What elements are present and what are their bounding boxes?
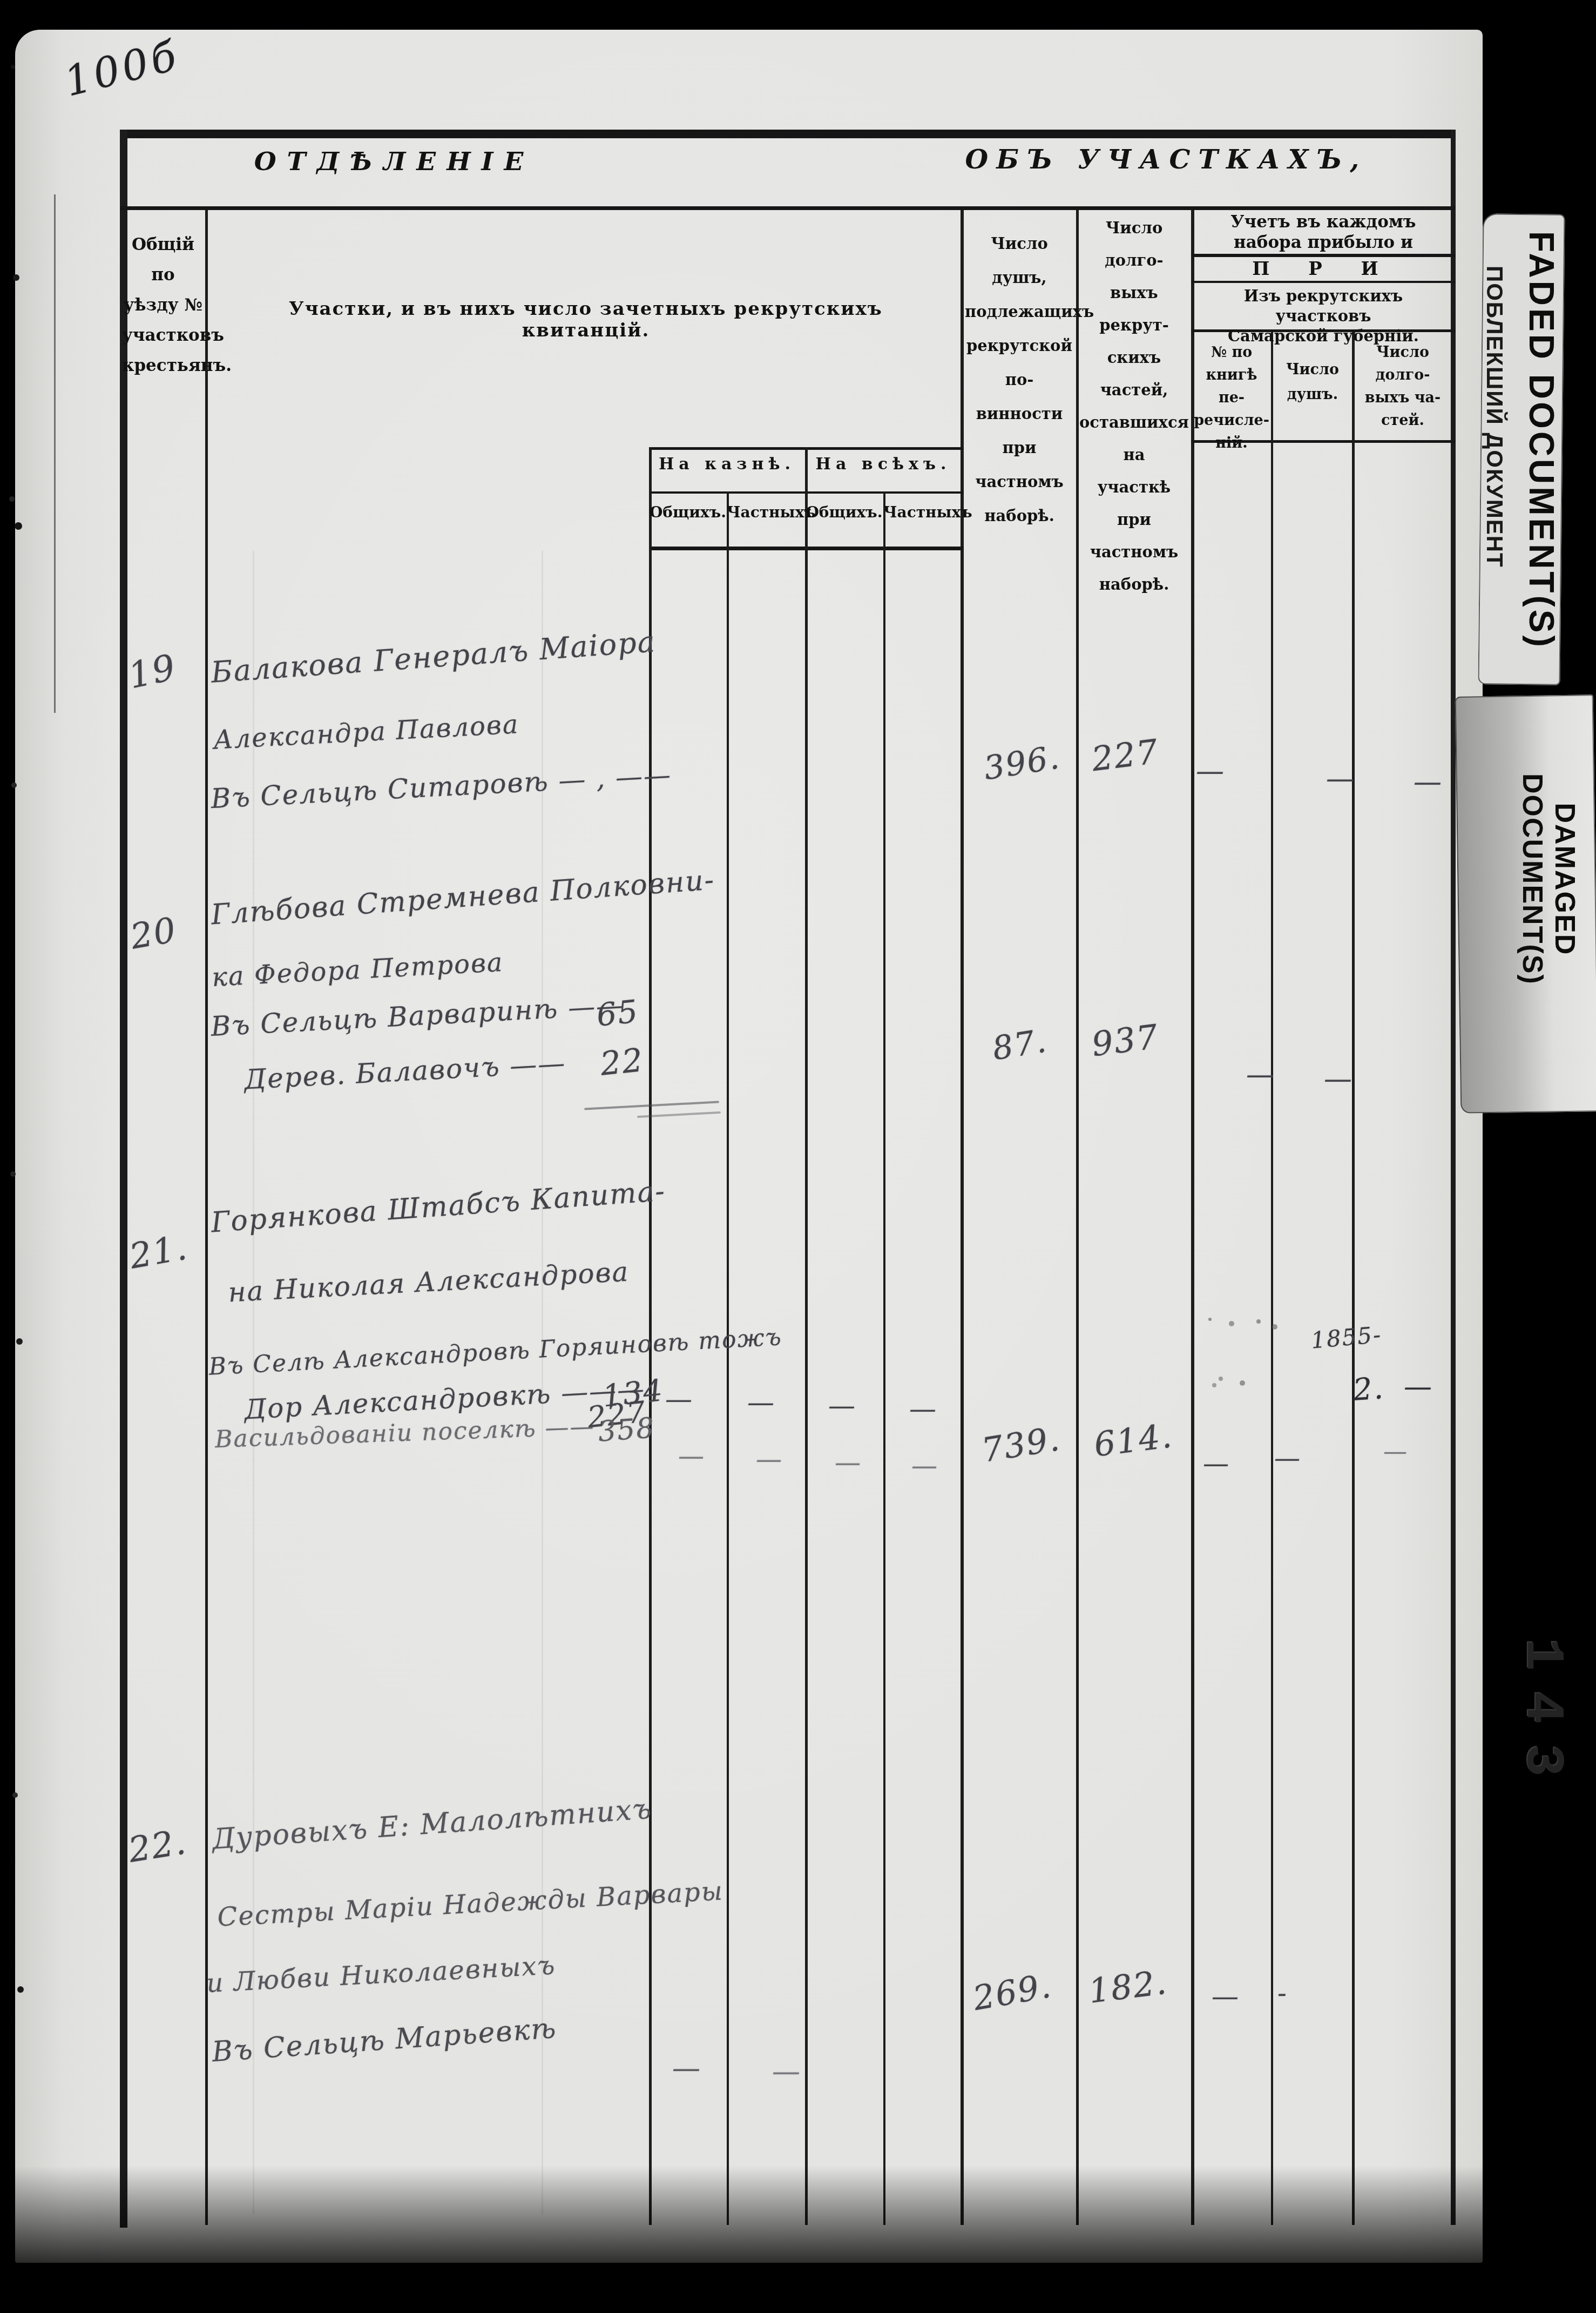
header-account-mid: П Р И [1194,258,1452,280]
stamp-number: 143 [1511,1638,1572,1797]
entry-19-parts: 227 [1090,732,1161,779]
header-account-top: Учетъ въ каждомъ набора прибыло и [1194,212,1452,253]
ditto-dash: — [672,2052,701,2085]
entry-20-line-4-value: 22 [599,1041,646,1083]
header-sub-obshchikh-1: Общихъ. [649,503,727,521]
entry-20-parts: 937 [1090,1017,1161,1064]
ditto-dash: — [665,1384,693,1415]
ditto-dash: — [1274,1443,1301,1473]
rule-line [1191,281,1456,283]
faded-ink-marks [1208,1318,1212,1321]
ditto-dash: — [1196,755,1225,787]
entry-21-line-4-value: 134 [601,1373,665,1414]
header-sub-obshchikh-2: Общихъ. [805,503,883,521]
ditto-dash: — [1414,766,1443,798]
ditto-dash: — [911,1451,938,1481]
ditto-dash: — [835,1447,862,1478]
title-right: ОБЪ УЧАСТКАХЪ, [945,144,1388,175]
rule-line [1191,254,1456,257]
ditto-dash: — [1246,1058,1275,1091]
faded-document-label-ru: ПОБЛЕКШИЙ ДОКУМЕНТ [1482,266,1507,568]
header-col-rownum: Общій по уѣзду № участковъ крестьянъ. [122,230,204,381]
ditto-dash: — [747,1387,775,1418]
entry-number: 20 [127,910,180,957]
title-left: ОТДѢЛЕНІЕ [227,147,562,177]
rule-line [120,130,127,2228]
header-sub-souls: Число душъ. [1273,358,1352,407]
header-col-debt-parts: Число долго- выхъ рекрут- скихъ частей, … [1079,212,1189,601]
ditto-dash: — [1383,1438,1408,1465]
rule-line [120,206,1456,210]
header-col-souls: Число душъ, подлежащихъ рекрутской по- в… [965,227,1074,533]
ditto-dash: — [909,1393,937,1425]
header-sub-chastnykh-1: Частныхъ [727,503,805,521]
entry-21-ledger-souls: 2. [1352,1371,1385,1408]
rule-line [205,210,208,2225]
faded-document-label-en: FADED DOCUMENT(S) [1521,231,1561,650]
paper-speckles [11,65,15,69]
header-sub-book: № по книгѣ пе- речисле- ній. [1192,341,1271,455]
page-bottom-shadow [15,2166,1483,2265]
ditto-dash: — [1203,1448,1230,1479]
rule-line [727,491,729,2225]
scanned-document-page: 100б ОТДѢЛЕНІЕ ОБЪ УЧАСТКАХЪ, Общі [0,0,1596,2313]
entry-21-line-5-value: 358 [597,1412,656,1448]
ditto-dash: — [828,1390,856,1421]
header-account-src: Изъ рекрутскихъ участковъ Самарской губе… [1194,286,1452,346]
ditto-dash: — [1324,1063,1353,1095]
ditto-dash: — [1404,1371,1433,1403]
header-group-kazna: На казнѣ. [649,455,805,474]
page-crease [54,194,56,713]
header-sub-chastnykh-2: Частныхъ [883,503,962,521]
header-sub-parts: Число долго- выхъ ча- стей. [1355,341,1451,432]
ditto-dash: - [1277,1978,1288,2009]
rule-line [1451,130,1456,2225]
rule-line [1352,332,1355,2225]
damaged-document-label-en: DAMAGED DOCUMENT(S) [1516,773,1581,985]
rule-line [120,130,1456,138]
rule-line [883,491,885,2225]
rule-line [1191,210,1194,2225]
ditto-dash: — [1212,1981,1240,2012]
rule-line [1076,210,1079,2225]
header-col-parcels: Участки, и въ нихъ число зачетныхъ рекру… [227,298,945,341]
ditto-dash: — [678,1441,705,1471]
ditto-dash: — [756,1444,783,1474]
rule-line [805,447,808,2225]
ditto-dash: — [1326,763,1355,795]
header-group-vseh: На всѣхъ. [805,455,962,474]
ditto-dash: — [772,2055,801,2088]
entry-20-line-3-value: 65 [595,993,640,1034]
rule-line [1271,332,1273,2225]
